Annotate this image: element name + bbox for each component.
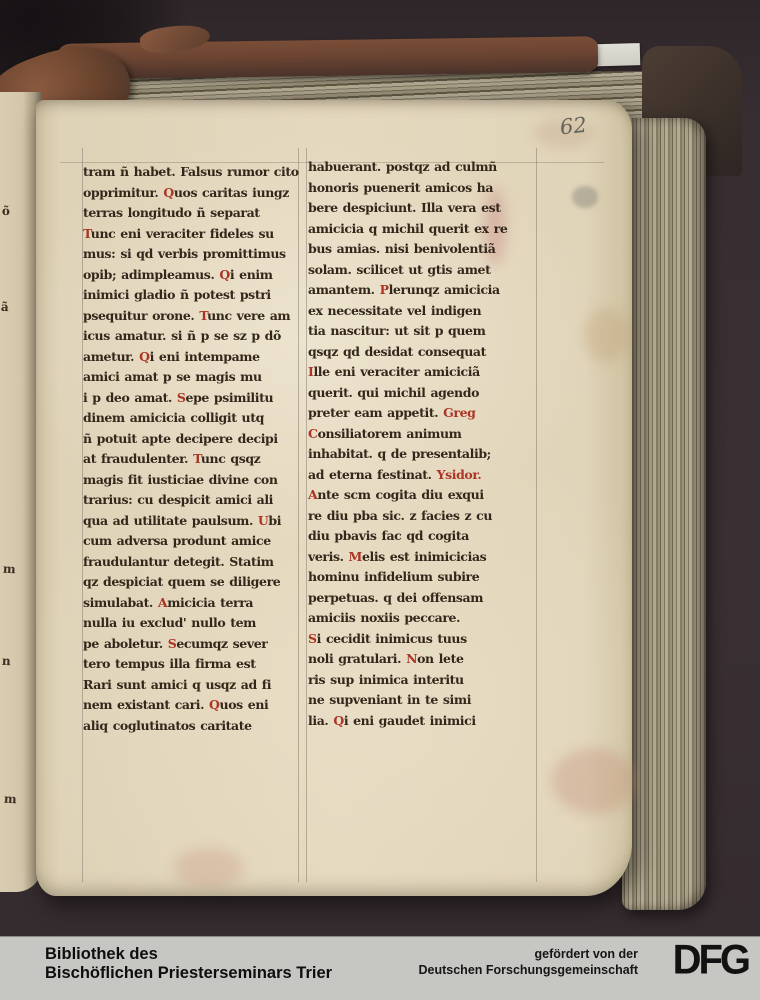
manuscript-text-line: nem existant cari. Quos eni: [83, 695, 304, 716]
ink-text: querit. qui michil agendo: [308, 385, 479, 400]
ruling-line: [306, 148, 307, 882]
ink-text: ametur.: [83, 349, 139, 364]
ink-text: bi: [268, 513, 281, 528]
photo-background: õ ã m n m 62 tram ñ habet. Falsus rumor …: [0, 0, 760, 1000]
ink-text: noli gratulari.: [308, 651, 406, 666]
ink-text: uos eni: [220, 697, 269, 712]
text-column-left: tram ñ habet. Falsus rumor citoopprimitu…: [83, 162, 304, 736]
ink-text: inimici gladio ñ potest pstri: [83, 287, 271, 302]
rubricated-text: M: [349, 549, 362, 564]
ink-text: simulabat.: [83, 595, 158, 610]
ink-text: bus amias. nisi benivolentiã: [308, 241, 495, 256]
manuscript-text-line: inimici gladio ñ potest pstri: [83, 285, 304, 306]
manuscript-page: 62 tram ñ habet. Falsus rumor citoopprim…: [36, 100, 632, 896]
manuscript-text-line: dinem amicicia colligit utq: [83, 408, 304, 429]
manuscript-text-line: aliq coglutinatos caritate: [83, 716, 304, 737]
ink-text: amantem.: [308, 282, 380, 297]
ink-text: nulla iu exclud' nullo tem: [83, 615, 256, 630]
ink-text: aliq coglutinatos caritate: [83, 718, 252, 733]
manuscript-text-line: noli gratulari. Non lete: [308, 649, 540, 670]
manuscript-text-line: ris sup inimica interitu: [308, 670, 540, 691]
pencil-smudge: [572, 186, 598, 208]
ink-text: perpetuas. q dei offensam: [308, 590, 483, 605]
ink-text: qz despiciat quem se diligere: [83, 574, 280, 589]
manuscript-text-line: Ante scm cogita diu exqui: [308, 485, 540, 506]
ink-text: qsqz qd desidat consequat: [308, 344, 486, 359]
ink-text: tia nascitur: ut sit p quem: [308, 323, 485, 338]
ink-text: unc vere am: [207, 308, 290, 323]
manuscript-text-line: i p deo amat. Sepe psimilitu: [83, 388, 304, 409]
manuscript-text-line: simulabat. Amicicia terra: [83, 593, 304, 614]
manuscript-text-line: ne supveniant in te simi: [308, 690, 540, 711]
ink-text: inhabitat. q de presentalib;: [308, 446, 491, 461]
ink-text: elis est inimicicias: [362, 549, 486, 564]
rubricated-text: U: [258, 513, 269, 528]
ink-text: i eni gaudet inimici: [344, 713, 476, 728]
ink-text: i cecidit inimicus tuus: [317, 631, 467, 646]
ink-text: bere despiciunt. Illa vera est: [308, 200, 501, 215]
manuscript-text-line: psequitur orone. Tunc vere am: [83, 306, 304, 327]
rubricated-text: Ysidor.: [437, 467, 482, 482]
rubricated-text: Q: [163, 185, 174, 200]
ink-text: habuerant. postqz ad culmñ: [308, 159, 497, 174]
ink-text: onsiliatorem animum: [318, 426, 462, 441]
library-name-line1: Bibliothek des: [45, 945, 332, 964]
manuscript-text-line: fraudulantur detegit. Statim: [83, 552, 304, 573]
rubricated-text: Q: [333, 713, 344, 728]
manuscript-text-line: perpetuas. q dei offensam: [308, 588, 540, 609]
manuscript-text-line: tram ñ habet. Falsus rumor cito: [83, 162, 304, 183]
ink-text: ecumqz sever: [176, 636, 267, 651]
ink-text: solam. scilicet ut gtis amet: [308, 262, 490, 277]
manuscript-text-line: re diu pba sic. z facies z cu: [308, 506, 540, 527]
funding-credit-line2: Deutschen Forschungsgemeinschaft: [419, 962, 639, 978]
ink-text: tero tempus illa firma est: [83, 656, 256, 671]
rubricated-text: P: [380, 282, 389, 297]
ink-text: opib; adimpleamus.: [83, 267, 219, 282]
manuscript-text-line: amantem. Plerunqz amicicia: [308, 280, 540, 301]
ink-text: amici amat p se magis mu: [83, 369, 262, 384]
ink-text: hominu infidelium subire: [308, 569, 479, 584]
manuscript-text-line: solam. scilicet ut gtis amet: [308, 260, 540, 281]
manuscript-text-line: icus amatur. si ñ p se sz p dõ: [83, 326, 304, 347]
rubricated-text: Greg: [443, 405, 475, 420]
ink-text: diu pbavis fac qd cogita: [308, 528, 469, 543]
fore-edge-pages: [622, 118, 706, 910]
parchment-stain: [174, 848, 244, 888]
ink-text: icus amatur. si ñ p se sz p dõ: [83, 328, 281, 343]
manuscript-text-line: pe aboletur. Secumqz sever: [83, 634, 304, 655]
ink-text: dinem amicicia colligit utq: [83, 410, 264, 425]
gutter-text-fragment: õ: [2, 204, 11, 218]
ink-text: amiciis noxiis peccare.: [308, 610, 460, 625]
ink-text: lle eni veraciter amiciciã: [313, 364, 479, 379]
dfg-logo: DFG: [673, 937, 748, 984]
manuscript-text-line: honoris puenerit amicos ha: [308, 178, 540, 199]
manuscript-text-line: ex necessitate vel indigen: [308, 301, 540, 322]
ink-text: preter eam appetit.: [308, 405, 443, 420]
library-name: Bibliothek des Bischöflichen Priestersem…: [45, 945, 332, 983]
manuscript-text-line: Rari sunt amici q usqz ad fi: [83, 675, 304, 696]
folio-number: 62: [559, 113, 588, 140]
ink-text: fraudulantur detegit. Statim: [83, 554, 274, 569]
rubricated-text: C: [308, 426, 318, 441]
ink-text: pe aboletur.: [83, 636, 168, 651]
gutter-text-fragment: n: [2, 654, 11, 668]
rubricated-text: T: [83, 226, 91, 241]
rubricated-text: S: [308, 631, 317, 646]
ink-text: uos caritas iungz: [174, 185, 289, 200]
ink-text: psequitur orone.: [83, 308, 199, 323]
ink-text: lia.: [308, 713, 333, 728]
ink-text: mus: si qd verbis promittimus: [83, 246, 286, 261]
ink-text: honoris puenerit amicos ha: [308, 180, 493, 195]
manuscript-text-line: inhabitat. q de presentalib;: [308, 444, 540, 465]
rubricated-text: Q: [139, 349, 150, 364]
text-column-right: habuerant. postqz ad culmñhonoris puener…: [308, 157, 540, 731]
manuscript-text-line: opib; adimpleamus. Qi enim: [83, 265, 304, 286]
parchment-stain: [552, 748, 636, 814]
manuscript-text-line: Ille eni veraciter amiciciã: [308, 362, 540, 383]
manuscript-text-line: amicicia q michil querit ex re: [308, 219, 540, 240]
gutter-text-fragment: m: [3, 562, 16, 577]
leather-spine-remnant: [58, 36, 598, 80]
manuscript-text-line: cum adversa produnt amice: [83, 531, 304, 552]
parchment-stain: [584, 308, 628, 362]
ink-text: terras longitudo ñ separat: [83, 205, 260, 220]
ink-text: epe psimilitu: [186, 390, 274, 405]
ink-text: re diu pba sic. z facies z cu: [308, 508, 492, 523]
funding-credit-line1: gefördert von der: [419, 946, 639, 962]
ink-text: at fraudulenter.: [83, 451, 193, 466]
library-name-line2: Bischöflichen Priesterseminars Trier: [45, 964, 332, 983]
manuscript-text-line: qsqz qd desidat consequat: [308, 342, 540, 363]
manuscript-text-line: Consiliatorem animum: [308, 424, 540, 445]
gutter-text-fragment: m: [4, 792, 17, 807]
ink-text: veris.: [308, 549, 349, 564]
ink-text: i p deo amat.: [83, 390, 177, 405]
manuscript-text-line: veris. Melis est inimicicias: [308, 547, 540, 568]
manuscript-text-line: bus amias. nisi benivolentiã: [308, 239, 540, 260]
ink-text: nem existant cari.: [83, 697, 209, 712]
rubricated-text: T: [199, 308, 207, 323]
manuscript-text-line: preter eam appetit. Greg: [308, 403, 540, 424]
ink-text: Rari sunt amici q usqz ad fi: [83, 677, 271, 692]
ink-text: ad eterna festinat.: [308, 467, 437, 482]
manuscript-text-line: ad eterna festinat. Ysidor.: [308, 465, 540, 486]
ink-text: ñ potuit apte decipere decipi: [83, 431, 278, 446]
rubricated-text: T: [193, 451, 201, 466]
rubricated-text: Q: [219, 267, 230, 282]
ink-text: trarius: cu despicit amici ali: [83, 492, 273, 507]
manuscript-text-line: nulla iu exclud' nullo tem: [83, 613, 304, 634]
manuscript-text-line: Si cecidit inimicus tuus: [308, 629, 540, 650]
manuscript-text-line: terras longitudo ñ separat: [83, 203, 304, 224]
ink-text: cum adversa produnt amice: [83, 533, 271, 548]
ink-text: nte scm cogita diu exqui: [317, 487, 483, 502]
ink-text: qua ad utilitate paulsum.: [83, 513, 258, 528]
rubricated-text: S: [177, 390, 186, 405]
manuscript-text-line: trarius: cu despicit amici ali: [83, 490, 304, 511]
ink-text: opprimitur.: [83, 185, 163, 200]
rubricated-text: Q: [209, 697, 220, 712]
manuscript-text-line: qua ad utilitate paulsum. Ubi: [83, 511, 304, 532]
manuscript-text-line: opprimitur. Quos caritas iungz: [83, 183, 304, 204]
manuscript-text-line: diu pbavis fac qd cogita: [308, 526, 540, 547]
manuscript-text-line: mus: si qd verbis promittimus: [83, 244, 304, 265]
rubricated-text: A: [158, 595, 167, 610]
ink-text: on lete: [417, 651, 463, 666]
manuscript-text-line: ñ potuit apte decipere decipi: [83, 429, 304, 450]
manuscript-text-line: at fraudulenter. Tunc qsqz: [83, 449, 304, 470]
manuscript-text-line: querit. qui michil agendo: [308, 383, 540, 404]
ink-text: ne supveniant in te simi: [308, 692, 471, 707]
manuscript-text-line: hominu infidelium subire: [308, 567, 540, 588]
manuscript-text-line: magis fit iusticiae divine con: [83, 470, 304, 491]
footer-bar: Bibliothek des Bischöflichen Priestersem…: [0, 937, 760, 1000]
ink-text: lerunqz amicicia: [389, 282, 500, 297]
manuscript-text-line: tero tempus illa firma est: [83, 654, 304, 675]
ink-text: micicia terra: [167, 595, 253, 610]
manuscript-text-line: tia nascitur: ut sit p quem: [308, 321, 540, 342]
ink-text: tram ñ habet. Falsus rumor cito: [83, 164, 299, 179]
manuscript-text-line: bere despiciunt. Illa vera est: [308, 198, 540, 219]
ink-text: ris sup inimica interitu: [308, 672, 464, 687]
manuscript-text-line: Tunc eni veraciter fideles su: [83, 224, 304, 245]
rubricated-text: N: [406, 651, 417, 666]
rubricated-text: A: [308, 487, 317, 502]
ink-text: amicicia q michil querit ex re: [308, 221, 507, 236]
funding-credit: gefördert von der Deutschen Forschungsge…: [419, 946, 639, 978]
ink-text: unc qsqz: [201, 451, 261, 466]
manuscript-text-line: ametur. Qi eni intempame: [83, 347, 304, 368]
manuscript-text-line: habuerant. postqz ad culmñ: [308, 157, 540, 178]
ink-text: i eni intempame: [150, 349, 260, 364]
manuscript-text-line: lia. Qi eni gaudet inimici: [308, 711, 540, 732]
ink-text: unc eni veraciter fideles su: [91, 226, 274, 241]
manuscript-text-line: amiciis noxiis peccare.: [308, 608, 540, 629]
manuscript-text-line: qz despiciat quem se diligere: [83, 572, 304, 593]
gutter-text-fragment: ã: [1, 300, 10, 314]
ink-text: magis fit iusticiae divine con: [83, 472, 278, 487]
ink-text: ex necessitate vel indigen: [308, 303, 481, 318]
manuscript-text-line: amici amat p se magis mu: [83, 367, 304, 388]
ink-text: i enim: [230, 267, 273, 282]
